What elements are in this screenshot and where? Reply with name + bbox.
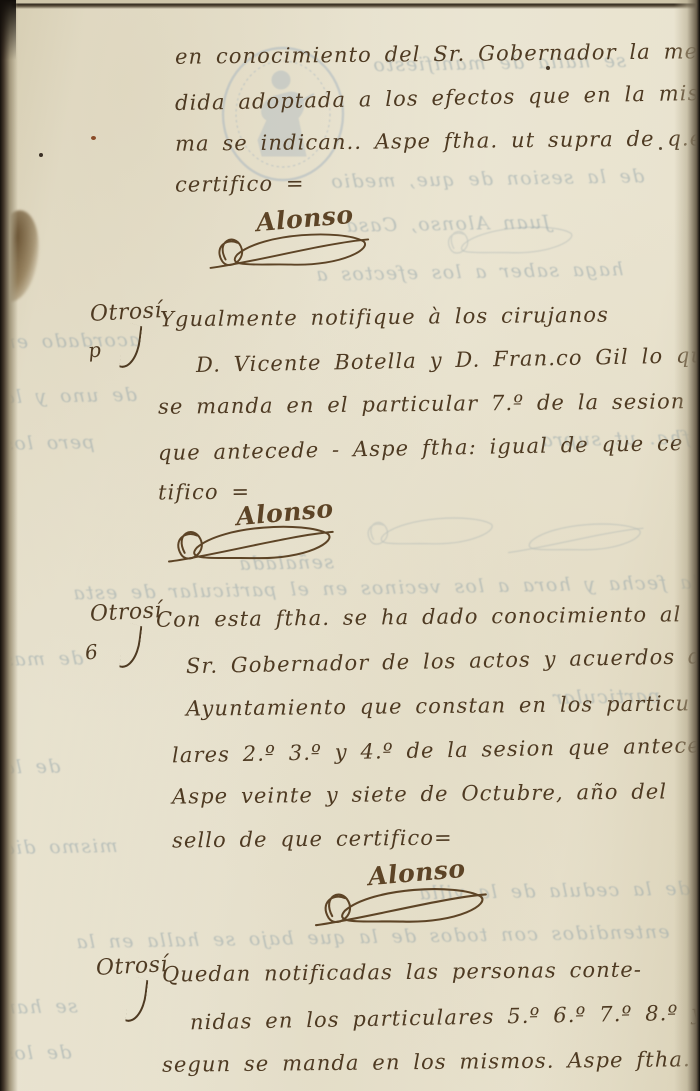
otrosi-opening: Otrosí	[89, 598, 162, 627]
handwritten-line: certifico =	[175, 171, 305, 196]
bleedthrough-text: acordado en	[2, 329, 141, 353]
handwritten-line: lares 2.º 3.º y 4.º de la sesion que ant…	[172, 733, 700, 768]
handwritten-line: segun se manda en los mismos. Aspe ftha.	[162, 1047, 691, 1077]
manuscript-page: se halla de manifiesto de la sesion de q…	[0, 0, 700, 1091]
handwritten-line: ma se indican.. Aspe ftha. ut supra de q…	[175, 126, 700, 156]
signature-rubric-flourish	[196, 226, 381, 278]
handwritten-line: D. Vicente Botella y D. Fran.co Gil lo q…	[196, 343, 700, 377]
bleedthrough-rubric	[352, 510, 502, 556]
handwritten-line: Con esta ftha. se ha dado conocimiento a…	[156, 602, 682, 632]
handwritten-line: Sr. Gobernador de los actos y acuerdos d…	[186, 644, 700, 678]
page-edge-top	[0, 0, 700, 9]
page-edge-right	[674, 0, 700, 1091]
handwritten-line: que antecede - Aspe ftha: igual de que c…	[158, 431, 684, 465]
handwritten-line: sello de que certifico=	[172, 826, 453, 853]
handwritten-line: Ygualmente notifique à los cirujanos	[160, 303, 609, 332]
paper-speck	[91, 136, 96, 140]
bleedthrough-text: de la sesion de que, medio	[330, 165, 645, 192]
margin-annotation: 6	[84, 639, 99, 664]
bleedthrough-rubric	[432, 220, 582, 264]
paper-speck	[659, 147, 662, 150]
bleedthrough-text: Otro. Si la fecha y hora a los vecinos e…	[72, 570, 700, 605]
bleedthrough-rubric	[500, 516, 650, 562]
page-edge-left-binding	[0, 0, 18, 1091]
paper-speck	[546, 66, 550, 70]
signature-rubric-flourish	[150, 518, 350, 572]
handwritten-line: se manda en el particular 7.º de la sesi…	[158, 389, 686, 419]
signature-rubric-flourish	[300, 880, 500, 936]
bleedthrough-text: mismo dia	[2, 835, 118, 859]
handwritten-line: Aspe veinte y siete de Octubre, año del	[172, 779, 667, 808]
page-edge-corner	[0, 0, 16, 60]
bleedthrough-text: de uno y la	[2, 384, 137, 408]
otrosi-opening: Otrosí	[95, 952, 168, 981]
handwritten-line: Ayuntamiento que constan en los particu	[186, 691, 690, 720]
handwritten-line: tifico =	[158, 480, 250, 505]
handwritten-line: Quedan notificadas las personas conte-	[162, 957, 642, 986]
otrosi-opening: Otrosí	[89, 298, 162, 327]
margin-annotation: p	[87, 337, 102, 362]
handwritten-line: nidas en los particulares 5.º 6.º 7.º 8.…	[190, 1000, 700, 1035]
paper-speck	[39, 153, 43, 157]
